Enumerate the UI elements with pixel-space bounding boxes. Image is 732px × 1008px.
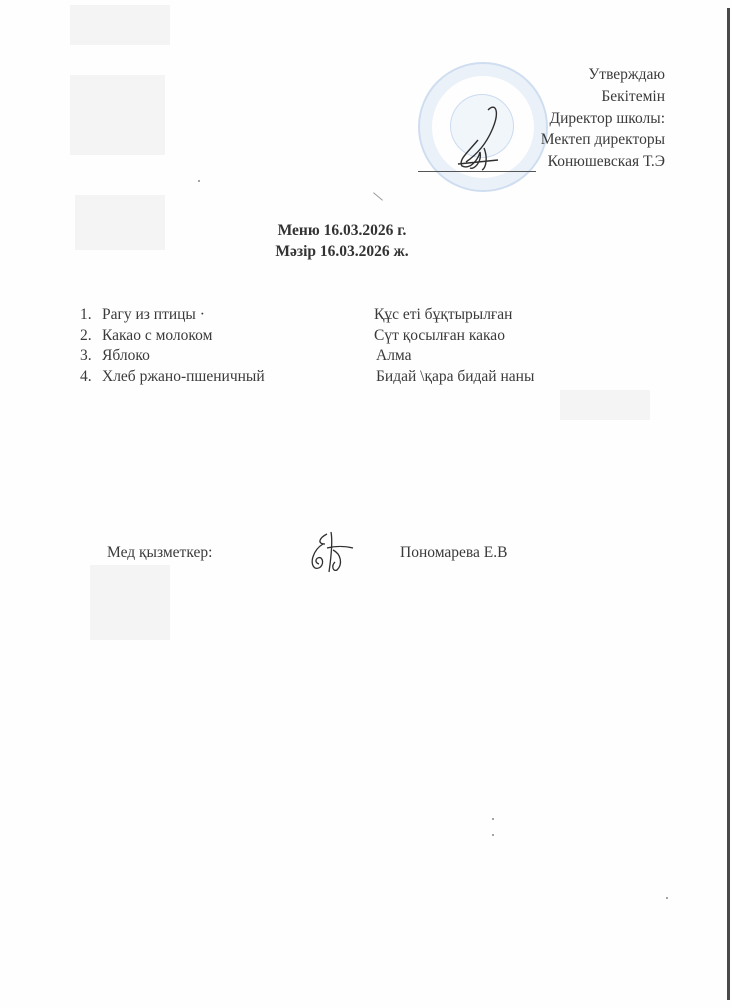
item-number: 4.	[80, 367, 102, 388]
item-number: 1.	[80, 305, 102, 326]
bleed-through-mark	[70, 75, 165, 155]
med-worker-name: Пономарева Е.В	[400, 544, 507, 562]
item-name-ru: Какао с молоком	[102, 327, 212, 344]
item-name-kz: Алма	[374, 346, 534, 367]
menu-item: 1.Рагу из птицы ·	[80, 305, 265, 326]
approval-line: Конюшевская Т.Э	[541, 151, 665, 173]
item-name-kz: Бидай \қара бидай наны	[374, 367, 534, 388]
menu-title-kz: Мәзір 16.03.2026 ж.	[0, 243, 708, 261]
signature-line	[418, 171, 536, 172]
speck	[492, 818, 494, 820]
director-signature	[448, 100, 518, 175]
approval-line: Мектеп директоры	[541, 129, 665, 151]
approval-line: Директор школы:	[541, 108, 665, 130]
menu-item: 2.Какао с молоком	[80, 326, 265, 347]
speck	[666, 897, 668, 899]
menu-item: 3.Яблоко	[80, 346, 265, 367]
menu-title-ru: Меню 16.03.2026 г.	[0, 222, 708, 240]
menu-item: 4.Хлеб ржано-пшеничный	[80, 367, 265, 388]
menu-list-kz: Құс еті бұқтырылған Сүт қосылған какао А…	[374, 305, 534, 387]
med-worker-label: Мед қызметкер:	[107, 544, 212, 562]
med-worker-signature	[305, 528, 360, 578]
item-name-ru: Яблоко	[102, 347, 150, 364]
item-name-ru: Хлеб ржано-пшеничный	[102, 368, 265, 385]
speck	[198, 180, 200, 182]
menu-list-ru: 1.Рагу из птицы · 2.Какао с молоком 3.Яб…	[80, 305, 265, 387]
approval-line: Утверждаю	[541, 64, 665, 86]
bleed-through-mark	[560, 390, 650, 420]
speck	[373, 192, 383, 200]
item-name-ru: Рагу из птицы ·	[102, 306, 205, 323]
bleed-through-mark	[90, 565, 170, 640]
item-number: 3.	[80, 346, 102, 367]
speck	[492, 834, 494, 836]
item-name-kz: Құс еті бұқтырылған	[374, 305, 534, 326]
approval-block: Утверждаю Бекітемін Директор школы: Мект…	[541, 64, 665, 173]
bleed-through-mark	[70, 5, 170, 45]
approval-line: Бекітемін	[541, 86, 665, 108]
item-number: 2.	[80, 326, 102, 347]
scan-edge-line	[727, 8, 730, 1000]
item-name-kz: Сүт қосылған какао	[374, 326, 534, 347]
document-page: Утверждаю Бекітемін Директор школы: Мект…	[0, 0, 732, 1008]
